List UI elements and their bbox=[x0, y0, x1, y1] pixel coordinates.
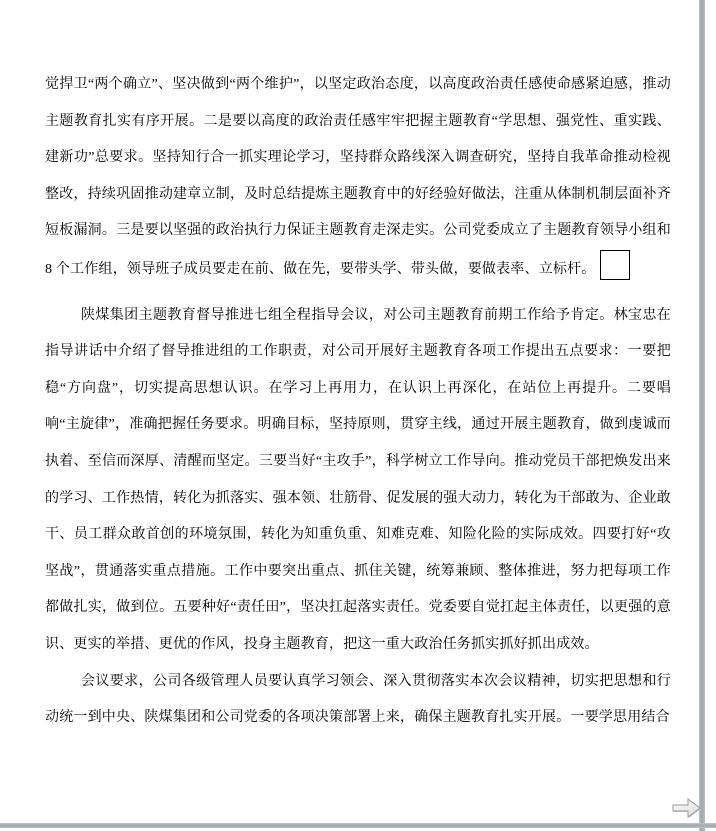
paragraph[interactable]: 陕煤集团主题教育督导推进七组全程指导会议，对公司主题教育前期工作给予肯定。林宝忠… bbox=[45, 298, 671, 664]
right-arrow-icon bbox=[670, 796, 702, 820]
page-edge-right bbox=[699, 0, 705, 831]
document-text-area[interactable]: 觉捍卫“两个确立”、坚决做到“两个维护”，以坚定政治态度，以高度政治责任感使命感… bbox=[45, 67, 671, 737]
next-page-arrow-button[interactable] bbox=[670, 796, 702, 820]
document-page: 觉捍卫“两个确立”、坚决做到“两个维护”，以坚定政治态度，以高度政治责任感使命感… bbox=[0, 0, 716, 831]
empty-anchor-box-icon[interactable] bbox=[600, 250, 630, 280]
paragraph[interactable]: 觉捍卫“两个确立”、坚决做到“两个维护”，以坚定政治态度，以高度政治责任感使命感… bbox=[45, 67, 671, 289]
page-edge-bottom bbox=[0, 823, 716, 828]
paragraph[interactable]: 会议要求，公司各级管理人员要认真学习领会、深入贯彻落实本次会议精神，切实把思想和… bbox=[45, 664, 671, 737]
